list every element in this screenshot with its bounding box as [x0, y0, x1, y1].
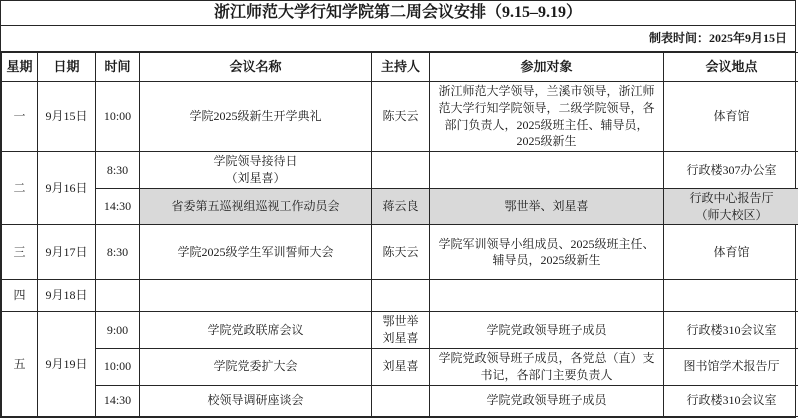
location-cell: 行政楼307办公室 [664, 152, 798, 189]
time-cell: 9:00 [96, 312, 140, 349]
participants-cell: 学院党政领导班子成员 [430, 385, 664, 416]
host-cell [372, 152, 430, 189]
meeting-schedule-page: 浙江师范大学行知学院第二周会议安排（9.15–9.19） 制表时间：2025年9… [0, 0, 798, 407]
weekday-cell: 三 [2, 225, 38, 280]
time-cell [96, 280, 140, 312]
table-row-highlighted: 14:30 省委第五巡视组巡视工作动员会 蒋云良 鄂世举、刘星喜 行政中心报告厅… [2, 188, 798, 225]
table-row: 一 9月15日 10:00 学院2025级新生开学典礼 陈天云 浙江师范大学领导… [2, 82, 798, 152]
table-row: 五 9月19日 9:00 学院党政联席会议 鄂世举 刘星喜 学院党政领导班子成员… [2, 312, 798, 349]
participants-cell: 学院党政领导班子成员，各党总（直）支书记，各部门主要负责人 [430, 348, 664, 385]
meeting-name-cell: 学院2025级新生开学典礼 [140, 82, 372, 152]
host-cell: 陈天云 [372, 225, 430, 280]
page-title: 浙江师范大学行知学院第二周会议安排（9.15–9.19） [1, 1, 795, 26]
time-cell: 8:30 [96, 152, 140, 189]
table-row: 14:30 校领导调研座谈会 学院党政领导班子成员 行政楼310会议室 [2, 385, 798, 416]
weekday-cell: 一 [2, 82, 38, 152]
location-cell: 体育馆 [664, 225, 798, 280]
header-time: 时间 [96, 53, 140, 82]
meeting-name-cell: 学院党委扩大会 [140, 348, 372, 385]
participants-cell: 学院军训领导小组成员、2025级班主任、辅导员，2025级新生 [430, 225, 664, 280]
meeting-name-cell [140, 280, 372, 312]
location-cell: 行政中心报告厅 （师大校区） [664, 188, 798, 225]
location-cell: 行政楼310会议室 [664, 385, 798, 416]
weekday-cell: 四 [2, 280, 38, 312]
made-time-label: 制表时间：2025年9月15日 [649, 31, 787, 45]
host-cell: 陈天云 [372, 82, 430, 152]
header-host: 主持人 [372, 53, 430, 82]
meeting-name-cell: 省委第五巡视组巡视工作动员会 [140, 188, 372, 225]
table-row: 10:00 学院党委扩大会 刘星喜 学院党政领导班子成员，各党总（直）支书记，各… [2, 348, 798, 385]
meeting-name-cell: 学院2025级学生军训誓师大会 [140, 225, 372, 280]
host-cell [372, 280, 430, 312]
meeting-name-cell: 学院领导接待日 （刘星喜） [140, 152, 372, 189]
header-weekday: 星期 [2, 53, 38, 82]
host-cell: 鄂世举 刘星喜 [372, 312, 430, 349]
table-row: 四 9月18日 [2, 280, 798, 312]
location-cell: 行政楼310会议室 [664, 312, 798, 349]
host-cell [372, 385, 430, 416]
header-meeting-name: 会议名称 [140, 53, 372, 82]
header-participants: 参加对象 [430, 53, 664, 82]
meeting-name-cell: 学院党政联席会议 [140, 312, 372, 349]
date-cell: 9月15日 [38, 82, 96, 152]
participants-cell [430, 152, 664, 189]
participants-cell: 鄂世举、刘星喜 [430, 188, 664, 225]
header-location: 会议地点 [664, 53, 798, 82]
header-row: 星期 日期 时间 会议名称 主持人 参加对象 会议地点 [2, 53, 798, 82]
host-cell: 刘星喜 [372, 348, 430, 385]
table-row: 二 9月16日 8:30 学院领导接待日 （刘星喜） 行政楼307办公室 [2, 152, 798, 189]
participants-cell: 学院党政领导班子成员 [430, 312, 664, 349]
time-cell: 14:30 [96, 188, 140, 225]
table-row: 三 9月17日 8:30 学院2025级学生军训誓师大会 陈天云 学院军训领导小… [2, 225, 798, 280]
time-cell: 10:00 [96, 348, 140, 385]
host-cell: 蒋云良 [372, 188, 430, 225]
location-cell [664, 280, 798, 312]
header-date: 日期 [38, 53, 96, 82]
made-time-bar: 制表时间：2025年9月15日 [1, 26, 795, 52]
weekday-cell: 二 [2, 152, 38, 225]
location-cell: 体育馆 [664, 82, 798, 152]
participants-cell [430, 280, 664, 312]
date-cell: 9月16日 [38, 152, 96, 225]
time-cell: 8:30 [96, 225, 140, 280]
date-cell: 9月19日 [38, 312, 96, 416]
schedule-table: 星期 日期 时间 会议名称 主持人 参加对象 会议地点 一 9月15日 10:0… [1, 52, 798, 417]
meeting-name-cell: 校领导调研座谈会 [140, 385, 372, 416]
time-cell: 14:30 [96, 385, 140, 416]
date-cell: 9月18日 [38, 280, 96, 312]
date-cell: 9月17日 [38, 225, 96, 280]
schedule-sheet: 浙江师范大学行知学院第二周会议安排（9.15–9.19） 制表时间：2025年9… [0, 0, 796, 418]
weekday-cell: 五 [2, 312, 38, 416]
location-cell: 图书馆学术报告厅 [664, 348, 798, 385]
time-cell: 10:00 [96, 82, 140, 152]
participants-cell: 浙江师范大学领导，兰溪市领导，浙江师范大学行知学院领导，二级学院领导，各部门负责… [430, 82, 664, 152]
